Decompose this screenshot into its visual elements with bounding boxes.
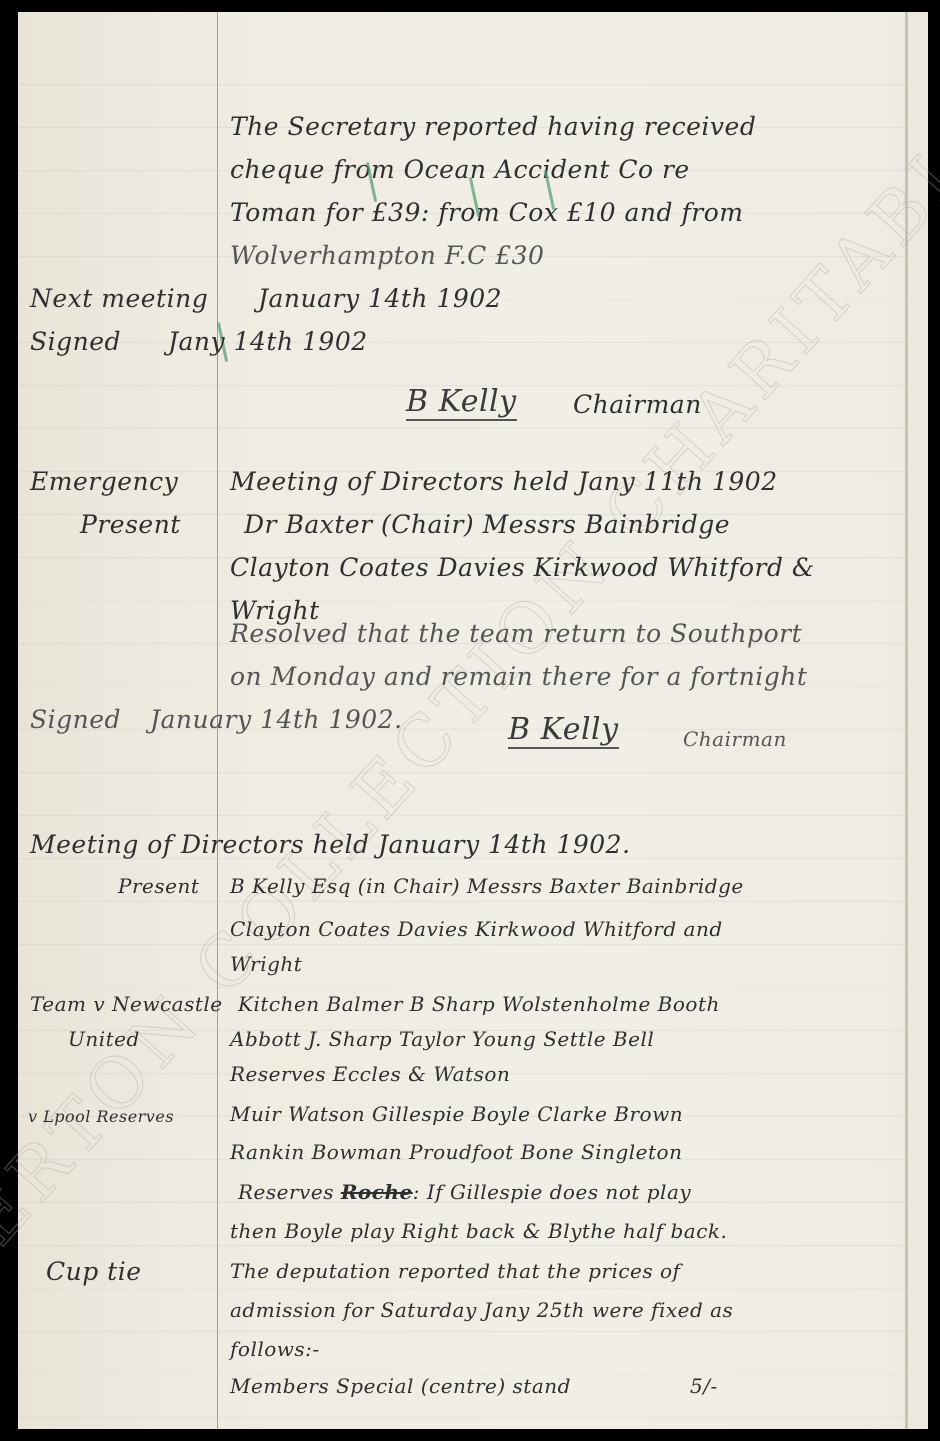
cup-tie-line-1: The deputation reported that the prices … (230, 1259, 680, 1283)
price-item: Members Special (centre) stand (230, 1374, 571, 1398)
adjacent-page-edge (908, 12, 928, 1429)
present-label: Present (80, 510, 181, 539)
struck-name: Roche (341, 1180, 413, 1204)
manuscript-page: THE EVERTON COLLECTION CHARITABLE TRUST … (18, 12, 928, 1429)
chairman-role: Chairman (573, 390, 702, 419)
present-line-1: Dr Baxter (Chair) Messrs Bainbridge (244, 510, 730, 539)
newcastle-lineup-2: Abbott J. Sharp Taylor Young Settle Bell (230, 1027, 654, 1051)
resolution-line-2: on Monday and remain there for a fortnig… (230, 662, 807, 691)
secretary-line-2: cheque from Ocean Accident Co re (230, 155, 690, 184)
meeting-heading: Meeting of Directors held January 14th 1… (30, 830, 631, 859)
secretary-line-3: Toman for £39: from Cox £10 and from (230, 198, 743, 227)
present-line-3-1: B Kelly Esq (in Chair) Messrs Baxter Bai… (230, 874, 744, 898)
reserves-note: : If Gillespie does not play (413, 1180, 691, 1204)
newcastle-reserves: Reserves Eccles & Watson (230, 1062, 510, 1086)
secretary-line-4: Wolverhampton F.C £30 (230, 241, 544, 270)
cup-tie-label: Cup tie (46, 1257, 142, 1286)
present-line-3-2: Clayton Coates Davies Kirkwood Whitford … (230, 917, 723, 941)
team-newcastle-label: Team v Newcastle (30, 992, 223, 1016)
resolution-line-1: Resolved that the team return to Southpo… (230, 619, 802, 648)
signed-label: Signed (30, 327, 121, 356)
present-line-2: Clayton Coates Davies Kirkwood Whitford … (230, 553, 815, 582)
lpool-label: v Lpool Reserves (28, 1107, 174, 1126)
present-line-3-3: Wright (230, 952, 302, 976)
signed-date-2: January 14th 1902. (150, 705, 403, 734)
team-newcastle-label-2: United (68, 1027, 140, 1051)
next-meeting-date: January 14th 1902 (258, 284, 502, 313)
cup-tie-line-3: follows:- (230, 1337, 320, 1361)
emergency-label: Emergency (30, 467, 178, 496)
reserves-label: Reserves (238, 1180, 334, 1204)
lpool-reserves-line: Reserves Roche: If Gillespie does not pl… (238, 1180, 691, 1204)
chairman-role-2: Chairman (683, 727, 787, 751)
chairman-signature-2: B Kelly (508, 712, 619, 749)
emergency-heading: Meeting of Directors held Jany 11th 1902 (230, 467, 778, 496)
chairman-signature: B Kelly (406, 384, 517, 421)
present-label-3: Present (118, 874, 199, 898)
signed-date: Jany 14th 1902 (168, 327, 368, 356)
lpool-lineup-2: Rankin Bowman Proudfoot Bone Singleton (230, 1140, 682, 1164)
next-meeting-label: Next meeting (30, 284, 208, 313)
lpool-lineup-1: Muir Watson Gillespie Boyle Clarke Brown (230, 1102, 683, 1126)
lpool-note: then Boyle play Right back & Blythe half… (230, 1219, 727, 1243)
newcastle-lineup-1: Kitchen Balmer B Sharp Wolstenholme Boot… (238, 992, 720, 1016)
secretary-line-1: The Secretary reported having received (230, 112, 756, 141)
signed-label-2: Signed (30, 705, 121, 734)
price-value: 5/- (690, 1374, 718, 1398)
cup-tie-line-2: admission for Saturday Jany 25th were fi… (230, 1298, 733, 1322)
